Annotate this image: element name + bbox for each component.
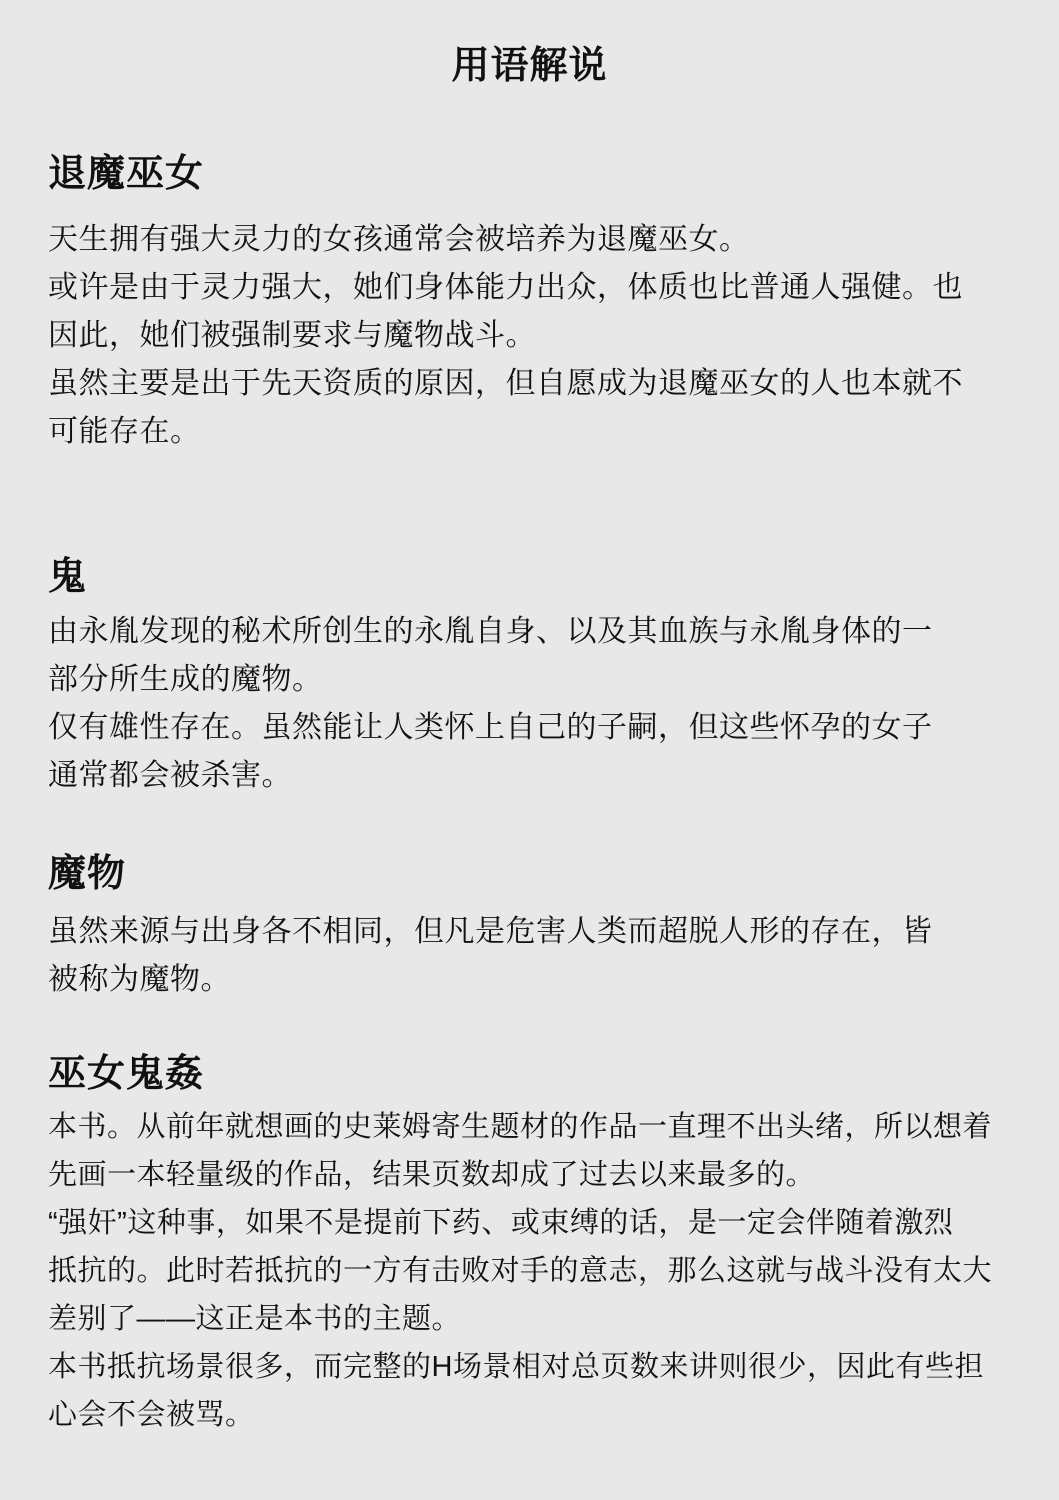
section-body-mamono: 虽然来源与出身各不相同，但凡是危害人类而超脱人形的存在，皆 被称为魔物。 [48, 908, 1023, 1004]
section-miko-gokan: 巫女鬼姦 本书。从前年就想画的史莱姆寄生题材的作品一直理不出头绪，所以想着 先画… [48, 1052, 1023, 1439]
section-taima-miko: 退魔巫女 天生拥有强大灵力的女孩通常会被培养为退魔巫女。 或许是由于灵力强大，她… [48, 152, 1023, 456]
section-heading-oni: 鬼 [48, 555, 1023, 599]
section-heading-mamono: 魔物 [48, 852, 1023, 896]
document-page: 用语解说 退魔巫女 天生拥有强大灵力的女孩通常会被培养为退魔巫女。 或许是由于灵… [0, 0, 1059, 1500]
section-heading-taima-miko: 退魔巫女 [48, 152, 1023, 196]
page-title: 用语解说 [0, 43, 1059, 89]
section-oni: 鬼 由永胤发现的秘术所创生的永胤自身、以及其血族与永胤身体的一 部分所生成的魔物… [48, 555, 1023, 800]
section-body-miko-gokan: 本书。从前年就想画的史莱姆寄生题材的作品一直理不出头绪，所以想着 先画一本轻量级… [48, 1103, 1023, 1439]
section-body-oni: 由永胤发现的秘术所创生的永胤自身、以及其血族与永胤身体的一 部分所生成的魔物。 … [48, 608, 1023, 800]
section-body-taima-miko: 天生拥有强大灵力的女孩通常会被培养为退魔巫女。 或许是由于灵力强大，她们身体能力… [48, 216, 1023, 456]
section-heading-miko-gokan: 巫女鬼姦 [48, 1052, 1023, 1096]
section-mamono: 魔物 虽然来源与出身各不相同，但凡是危害人类而超脱人形的存在，皆 被称为魔物。 [48, 852, 1023, 1004]
